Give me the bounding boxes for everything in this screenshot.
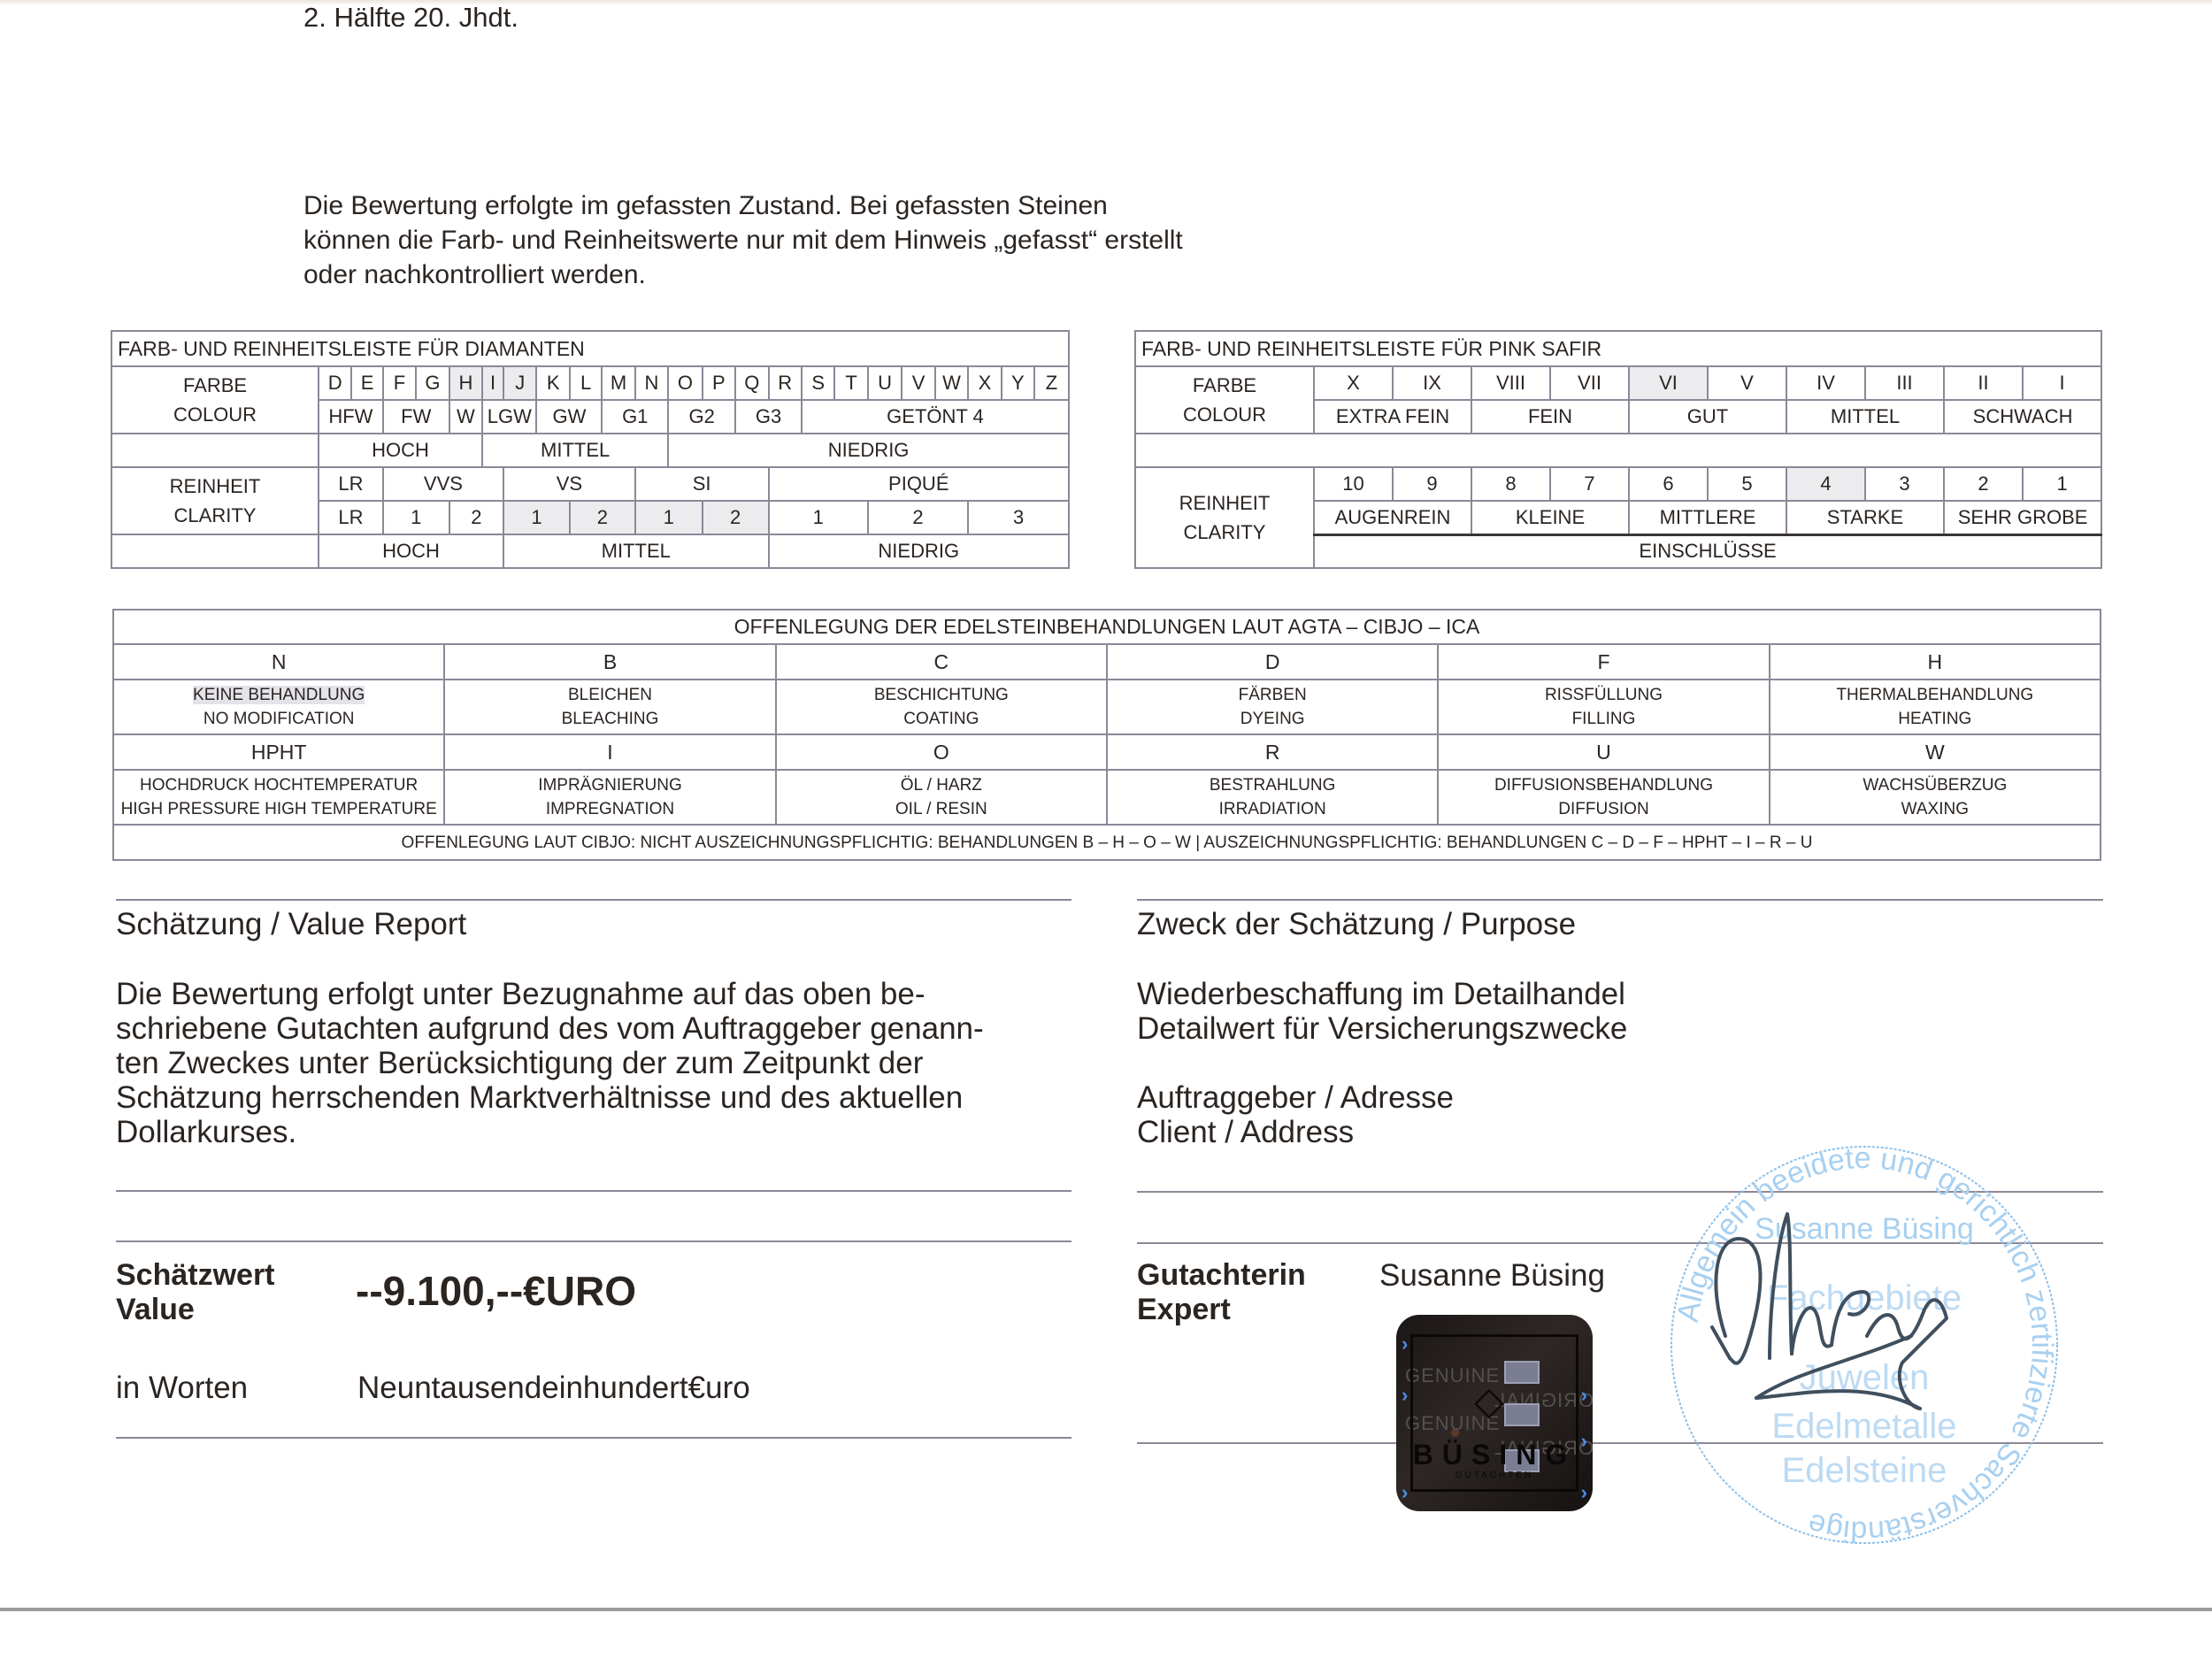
clarity-grade: 2 bbox=[1944, 467, 2023, 501]
colour-grade: VI bbox=[1629, 366, 1708, 400]
table-row: HOCHMITTELNIEDRIG bbox=[111, 434, 1069, 467]
treatment-description: ÖL / HARZOIL / RESIN bbox=[776, 770, 1107, 825]
clarity-grade: 2 bbox=[449, 501, 503, 534]
clarity-grade: 1 bbox=[383, 501, 449, 534]
hologram-seal: GENUINE GENUINE ORIGINAL ORIGINAL ◇ › › … bbox=[1396, 1315, 1593, 1511]
colour-grade: VII bbox=[1550, 366, 1629, 400]
colour-grade-Q: Q bbox=[735, 366, 768, 400]
clarity-label: REINHEITCLARITY bbox=[1135, 467, 1314, 568]
purpose-lines: Wiederbeschaffung im Detailhandel Detail… bbox=[1137, 977, 1627, 1046]
colour-group: LGW bbox=[482, 400, 536, 434]
svg-text:Edelsteine: Edelsteine bbox=[1782, 1451, 1947, 1490]
colour-grade-R: R bbox=[769, 366, 802, 400]
clarity-group: PIQUÉ bbox=[769, 467, 1069, 501]
clarity-grade: 2 bbox=[570, 501, 635, 534]
scan-background bbox=[0, 1611, 2212, 1659]
clarity-grade: 1 bbox=[2023, 467, 2101, 501]
treatment-description: RISSFÜLLUNGFILLING bbox=[1438, 680, 1769, 734]
colour-grade: VIII bbox=[1471, 366, 1550, 400]
colour-grade-W: W bbox=[935, 366, 968, 400]
treatment-code: U bbox=[1438, 734, 1769, 770]
treatment-code: R bbox=[1107, 734, 1438, 770]
treatment-code: F bbox=[1438, 644, 1769, 680]
value-label-de: Schätzwert bbox=[116, 1258, 275, 1293]
table-row: HOCHMITTELNIEDRIG bbox=[111, 534, 1069, 568]
colour-grade-Z: Z bbox=[1034, 366, 1069, 400]
table-row: FARBECOLOURXIXVIIIVIIVIVIVIIIIII bbox=[1135, 366, 2101, 400]
colour-grade: V bbox=[1708, 366, 1786, 400]
value-report-body: Die Bewertung erfolgt unter Bezugnahme a… bbox=[116, 977, 1089, 1149]
divider bbox=[116, 1190, 1071, 1192]
chevron-icon: › bbox=[1581, 1384, 1587, 1407]
clarity-group: SEHR GROBE bbox=[1944, 501, 2101, 534]
clarity-grade: 5 bbox=[1708, 467, 1786, 501]
colour-group: EXTRA FEIN bbox=[1314, 400, 1471, 434]
clarity-level: MITTEL bbox=[503, 534, 768, 568]
colour-grade-S: S bbox=[802, 366, 834, 400]
empty-row bbox=[1135, 434, 2101, 467]
body-line: Schätzung herrschenden Marktverhältnisse… bbox=[116, 1080, 1089, 1115]
body-line: Die Bewertung erfolgt unter Bezugnahme a… bbox=[116, 977, 1089, 1011]
clarity-group: LR bbox=[319, 467, 383, 501]
clarity-group: KLEINE bbox=[1471, 501, 1629, 534]
clarity-level: NIEDRIG bbox=[769, 534, 1069, 568]
table-row: HOCHDRUCK HOCHTEMPERATURHIGH PRESSURE HI… bbox=[113, 770, 2101, 825]
colour-group: FEIN bbox=[1471, 400, 1629, 434]
table-row: HPHTIORUW bbox=[113, 734, 2101, 770]
estimated-value: --9.100,--€URO bbox=[356, 1267, 636, 1315]
in-words-label: in Worten bbox=[116, 1371, 248, 1406]
client-label: Auftraggeber / Adresse Client / Address bbox=[1137, 1080, 1454, 1149]
diamond-table-title: FARB- UND REINHEITSLEISTE FÜR DIAMANTEN bbox=[111, 331, 1069, 366]
table-row: OFFENLEGUNG DER EDELSTEINBEHANDLUNGEN LA… bbox=[113, 610, 2101, 644]
table-row: NBCDFH bbox=[113, 644, 2101, 680]
colour-grade-H: H bbox=[449, 366, 482, 400]
clarity-grade: LR bbox=[319, 501, 383, 534]
treatment-disclosure-note: OFFENLEGUNG LAUT CIBJO: NICHT AUSZEICHNU… bbox=[113, 825, 2101, 860]
colour-group: SCHWACH bbox=[1944, 400, 2101, 434]
clarity-grade: 1 bbox=[635, 501, 703, 534]
table-row: FARB- UND REINHEITSLEISTE FÜR PINK SAFIR bbox=[1135, 331, 2101, 366]
treatment-description: FÄRBENDYEING bbox=[1107, 680, 1438, 734]
clarity-group: SI bbox=[635, 467, 769, 501]
value-label: Schätzwert Value bbox=[116, 1258, 275, 1327]
clarity-grade: 1 bbox=[503, 501, 570, 534]
colour-group: G2 bbox=[668, 400, 735, 434]
purpose-line: Detailwert für Versicherungszwecke bbox=[1137, 1011, 1627, 1046]
treatment-description: BESCHICHTUNGCOATING bbox=[776, 680, 1107, 734]
empty-cell bbox=[111, 434, 319, 467]
table-row: REINHEITCLARITYLRVVSVSSIPIQUÉ bbox=[111, 467, 1069, 501]
colour-grade-U: U bbox=[868, 366, 902, 400]
inclusions-label: EINSCHLÜSSE bbox=[1314, 534, 2101, 568]
colour-grade-T: T bbox=[834, 366, 867, 400]
table-row: FARB- UND REINHEITSLEISTE FÜR DIAMANTEN bbox=[111, 331, 1069, 366]
divider bbox=[116, 1437, 1071, 1439]
chevron-icon: › bbox=[1402, 1333, 1408, 1356]
treatment-code: O bbox=[776, 734, 1107, 770]
colour-level: NIEDRIG bbox=[668, 434, 1069, 467]
value-report-heading: Schätzung / Value Report bbox=[116, 907, 466, 942]
clarity-grade: 2 bbox=[868, 501, 968, 534]
clarity-group: VVS bbox=[383, 467, 503, 501]
colour-grade-F: F bbox=[383, 366, 416, 400]
clarity-grade: 6 bbox=[1629, 467, 1708, 501]
colour-grade-G: G bbox=[416, 366, 449, 400]
value-label-en: Value bbox=[116, 1293, 275, 1327]
value-in-words: Neuntausendeinhundert€uro bbox=[357, 1371, 750, 1406]
clarity-group: VS bbox=[503, 467, 635, 501]
treatment-code: B bbox=[444, 644, 775, 680]
signature-icon bbox=[1690, 1203, 1973, 1433]
clarity-grade: 10 bbox=[1314, 467, 1393, 501]
colour-grade-D: D bbox=[319, 366, 351, 400]
treatment-table-title: OFFENLEGUNG DER EDELSTEINBEHANDLUNGEN LA… bbox=[113, 610, 2101, 644]
clarity-group: STARKE bbox=[1786, 501, 1944, 534]
colour-group: HFW bbox=[319, 400, 383, 434]
clarity-label: REINHEITCLARITY bbox=[111, 467, 319, 534]
colour-level: HOCH bbox=[319, 434, 482, 467]
colour-grade-P: P bbox=[703, 366, 735, 400]
treatment-disclosure-table: OFFENLEGUNG DER EDELSTEINBEHANDLUNGEN LA… bbox=[112, 609, 2101, 861]
clarity-level: HOCH bbox=[319, 534, 503, 568]
clarity-grade: 7 bbox=[1550, 467, 1629, 501]
chevron-icon: › bbox=[1402, 1481, 1408, 1504]
treatment-code: H bbox=[1770, 644, 2101, 680]
table-row: FARBECOLOURDEFGHIJKLMNOPQRSTUVWXYZ bbox=[111, 366, 1069, 400]
colour-grade: III bbox=[1865, 366, 1944, 400]
colour-grade-K: K bbox=[536, 366, 569, 400]
colour-group: GW bbox=[536, 400, 602, 434]
clarity-grade: 2 bbox=[703, 501, 769, 534]
treatment-description: THERMALBEHANDLUNGHEATING bbox=[1770, 680, 2101, 734]
colour-level: MITTEL bbox=[482, 434, 668, 467]
expert-name: Susanne Büsing bbox=[1379, 1258, 1605, 1294]
intro-paragraph: Die Bewertung erfolgte im gefassten Zust… bbox=[303, 188, 1188, 292]
colour-group: W bbox=[449, 400, 482, 434]
clarity-group: AUGENREIN bbox=[1314, 501, 1471, 534]
colour-grade-J: J bbox=[503, 366, 536, 400]
colour-grade-V: V bbox=[902, 366, 934, 400]
divider bbox=[116, 1240, 1071, 1242]
divider bbox=[1137, 899, 2103, 901]
colour-group: GUT bbox=[1629, 400, 1786, 434]
clarity-grade: 3 bbox=[968, 501, 1069, 534]
colour-grade: IX bbox=[1393, 366, 1471, 400]
colour-grade-M: M bbox=[602, 366, 634, 400]
table-row: OFFENLEGUNG LAUT CIBJO: NICHT AUSZEICHNU… bbox=[113, 825, 2101, 860]
colour-group: G1 bbox=[602, 400, 668, 434]
colour-grade-E: E bbox=[351, 366, 382, 400]
treatment-code: D bbox=[1107, 644, 1438, 680]
colour-group: G3 bbox=[735, 400, 802, 434]
table-row bbox=[1135, 434, 2101, 467]
chevron-icon: › bbox=[1581, 1481, 1587, 1504]
table-row: KEINE BEHANDLUNGNO MODIFICATIONBLEICHENB… bbox=[113, 680, 2101, 734]
treatment-code: W bbox=[1770, 734, 2101, 770]
hologram-subtitle: GUTACHTEN bbox=[1396, 1471, 1593, 1480]
clarity-grade: 4 bbox=[1786, 467, 1865, 501]
clarity-group: MITTLERE bbox=[1629, 501, 1786, 534]
treatment-code: C bbox=[776, 644, 1107, 680]
colour-grade: X bbox=[1314, 366, 1393, 400]
colour-grade: I bbox=[2023, 366, 2101, 400]
chevron-icon: › bbox=[1402, 1384, 1408, 1407]
purpose-line: Wiederbeschaffung im Detailhandel bbox=[1137, 977, 1627, 1011]
colour-grade-O: O bbox=[668, 366, 702, 400]
client-label-de: Auftraggeber / Adresse bbox=[1137, 1080, 1454, 1115]
pink-table-title: FARB- UND REINHEITSLEISTE FÜR PINK SAFIR bbox=[1135, 331, 2101, 366]
body-line: schriebene Gutachten aufgrund des vom Au… bbox=[116, 1011, 1089, 1046]
colour-grade-Y: Y bbox=[1002, 366, 1034, 400]
colour-grade: IV bbox=[1786, 366, 1865, 400]
body-line: Dollarkurses. bbox=[116, 1115, 1089, 1149]
clarity-grade: 8 bbox=[1471, 467, 1550, 501]
colour-group: FW bbox=[383, 400, 449, 434]
colour-label: FARBECOLOUR bbox=[111, 366, 319, 434]
treatment-description: DIFFUSIONSBEHANDLUNGDIFFUSION bbox=[1438, 770, 1769, 825]
colour-group: MITTEL bbox=[1786, 400, 1944, 434]
purpose-heading: Zweck der Schätzung / Purpose bbox=[1137, 907, 1576, 942]
clarity-grade: 3 bbox=[1865, 467, 1944, 501]
client-label-en: Client / Address bbox=[1137, 1115, 1454, 1149]
colour-grade: II bbox=[1944, 366, 2023, 400]
hologram-brand: BÜSING bbox=[1396, 1439, 1593, 1471]
expert-label-en: Expert bbox=[1137, 1293, 1306, 1327]
colour-group: GETÖNT 4 bbox=[802, 400, 1069, 434]
empty-cell bbox=[111, 534, 319, 568]
treatment-selected: KEINE BEHANDLUNGNO MODIFICATION bbox=[113, 680, 444, 734]
pink-sapphire-colour-clarity-table: FARB- UND REINHEITSLEISTE FÜR PINK SAFIR… bbox=[1134, 330, 2102, 569]
treatment-code: N bbox=[113, 644, 444, 680]
period-line: 2. Hälfte 20. Jhdt. bbox=[303, 2, 518, 34]
colour-label: FARBECOLOUR bbox=[1135, 366, 1314, 434]
body-line: ten Zweckes unter Berücksichtigung der z… bbox=[116, 1046, 1089, 1080]
divider bbox=[116, 899, 1071, 901]
treatment-description: BLEICHENBLEACHING bbox=[444, 680, 775, 734]
treatment-description: WACHSÜBERZUGWAXING bbox=[1770, 770, 2101, 825]
diamond-colour-clarity-table: FARB- UND REINHEITSLEISTE FÜR DIAMANTENF… bbox=[111, 330, 1070, 569]
treatment-code: I bbox=[444, 734, 775, 770]
table-row: REINHEITCLARITY10987654321 bbox=[1135, 467, 2101, 501]
colour-grade-X: X bbox=[968, 366, 1001, 400]
clarity-grade: 1 bbox=[769, 501, 868, 534]
clarity-grade: 9 bbox=[1393, 467, 1471, 501]
colour-grade-L: L bbox=[570, 366, 602, 400]
treatment-code: HPHT bbox=[113, 734, 444, 770]
colour-grade-N: N bbox=[635, 366, 668, 400]
expert-label-de: Gutachterin bbox=[1137, 1258, 1306, 1293]
expert-label: Gutachterin Expert bbox=[1137, 1258, 1306, 1327]
treatment-description: IMPRÄGNIERUNGIMPREGNATION bbox=[444, 770, 775, 825]
colour-grade-I: I bbox=[482, 366, 503, 400]
treatment-description: BESTRAHLUNGIRRADIATION bbox=[1107, 770, 1438, 825]
treatment-description: HOCHDRUCK HOCHTEMPERATURHIGH PRESSURE HI… bbox=[113, 770, 444, 825]
